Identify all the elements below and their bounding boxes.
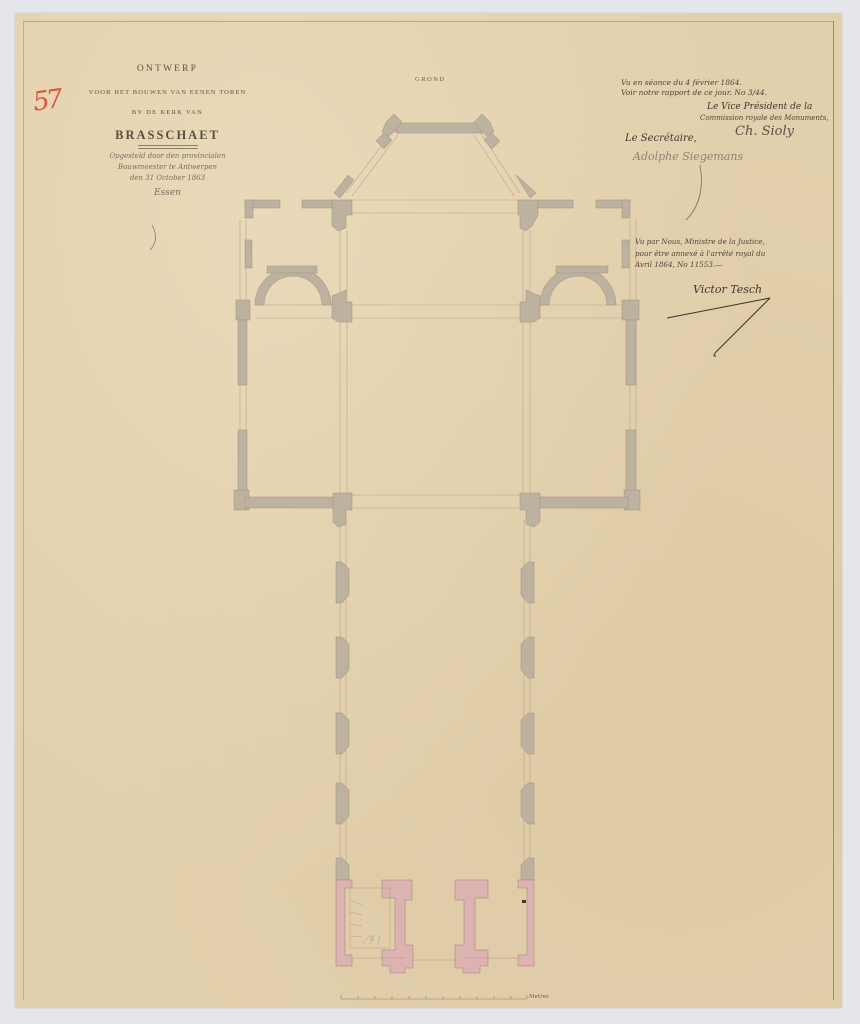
architect-signature: Essen (60, 188, 275, 198)
minister-line-3: Avril 1864, No 11553.— (635, 259, 835, 271)
minister-line-2: pour être annexé à l'arrêté royal du (635, 248, 835, 260)
minister-signature: Victor Tesch (693, 283, 762, 296)
scale-bar (341, 995, 527, 999)
walls (234, 114, 640, 880)
tower-walls (336, 880, 534, 973)
vice-president-signature: Ch. Sioly (735, 124, 794, 139)
scale-label: Metres (529, 994, 549, 1000)
title-line-1: VOOR HET BOUWEN VAN EENEN TOREN (60, 89, 275, 96)
secretary-signature: Adolphe Siegemans (633, 150, 743, 163)
vice-president-title: Le Vice Président de la (707, 102, 812, 112)
commission-line-2: Voir notre rapport de ce jour. No 3/44. (621, 88, 836, 98)
secretary-title: Le Secrétaire, (625, 133, 697, 144)
plan-label: GROND (415, 76, 446, 83)
reference-number: 57 (31, 84, 62, 117)
vice-president-body: Commission royale des Monuments, (700, 114, 829, 122)
tower-marker (522, 900, 526, 903)
title-script-2: Bouwmeester te Antwerpen (60, 162, 275, 173)
commission-approval: Vu en séance du 4 février 1864. Voir not… (621, 78, 836, 98)
title-block: ONTWERP VOOR HET BOUWEN VAN EENEN TOREN … (60, 62, 275, 198)
tower-stair (350, 888, 518, 960)
title-heading: ONTWERP (60, 64, 275, 74)
title-place: BRASSCHAET (60, 128, 275, 143)
title-line-2: BY DE KERK VAN (60, 109, 275, 116)
title-script-3: den 31 October 1863 (60, 173, 275, 184)
minister-line-1: Vu par Nous, Ministre de la Justice, (635, 236, 835, 248)
minister-approval: Vu par Nous, Ministre de la Justice, pou… (635, 236, 835, 271)
title-underline (138, 145, 198, 149)
title-script-1: Opgesteld door den provincialen (60, 151, 275, 162)
commission-line-1: Vu en séance du 4 février 1864. (621, 78, 836, 88)
